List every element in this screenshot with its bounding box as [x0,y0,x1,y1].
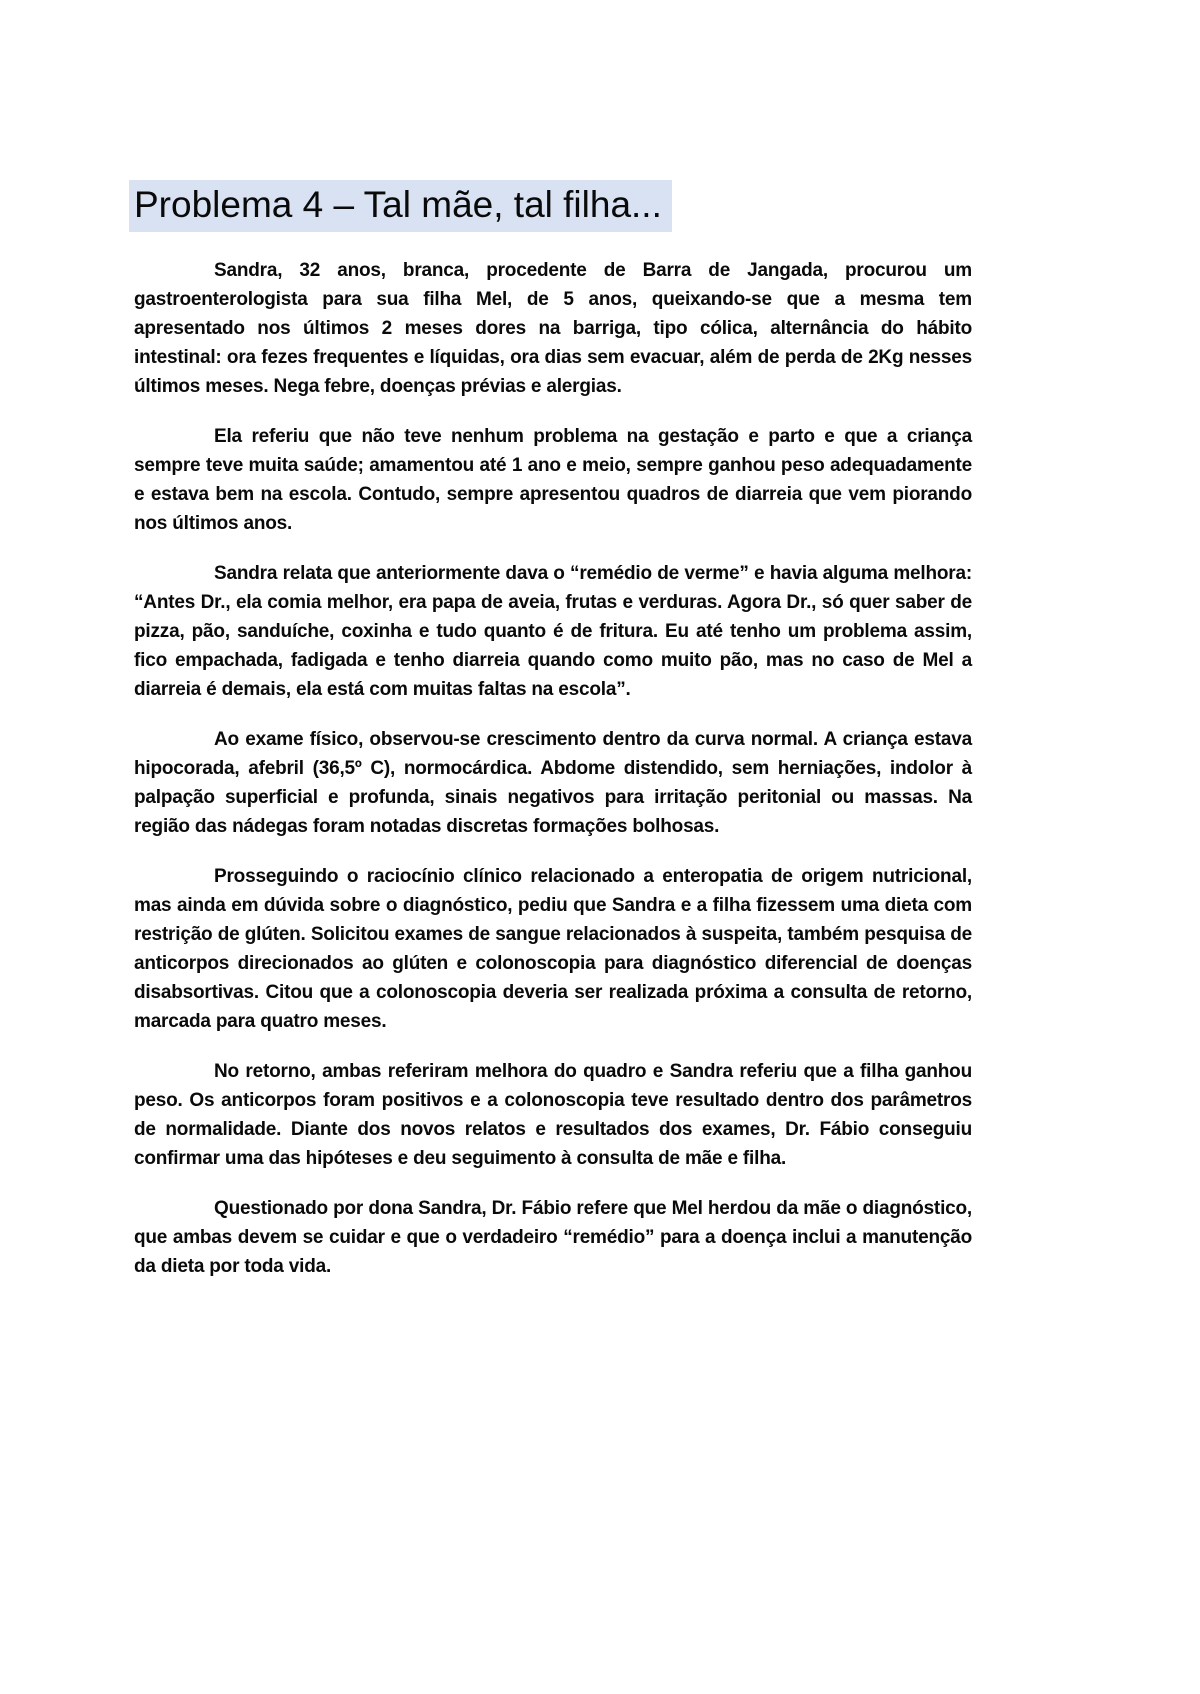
paragraph-history: Ela referiu que não teve nenhum problema… [134,422,972,538]
paragraph-intro: Sandra, 32 anos, branca, procedente de B… [134,256,972,401]
paragraph-follow-up: No retorno, ambas referiram melhora do q… [134,1057,972,1173]
document-content: Problema 4 – Tal mãe, tal filha... Sandr… [134,180,972,1302]
title-highlight: Problema 4 – Tal mãe, tal filha... [129,180,672,232]
paragraph-clinical-reasoning: Prosseguindo o raciocínio clínico relaci… [134,862,972,1036]
page-title: Problema 4 – Tal mãe, tal filha... [134,180,972,232]
paragraph-mother-report: Sandra relata que anteriormente dava o “… [134,559,972,704]
paragraph-physical-exam: Ao exame físico, observou-se crescimento… [134,725,972,841]
document-page: Problema 4 – Tal mãe, tal filha... Sandr… [0,0,1200,1694]
paragraph-conclusion: Questionado por dona Sandra, Dr. Fábio r… [134,1194,972,1281]
